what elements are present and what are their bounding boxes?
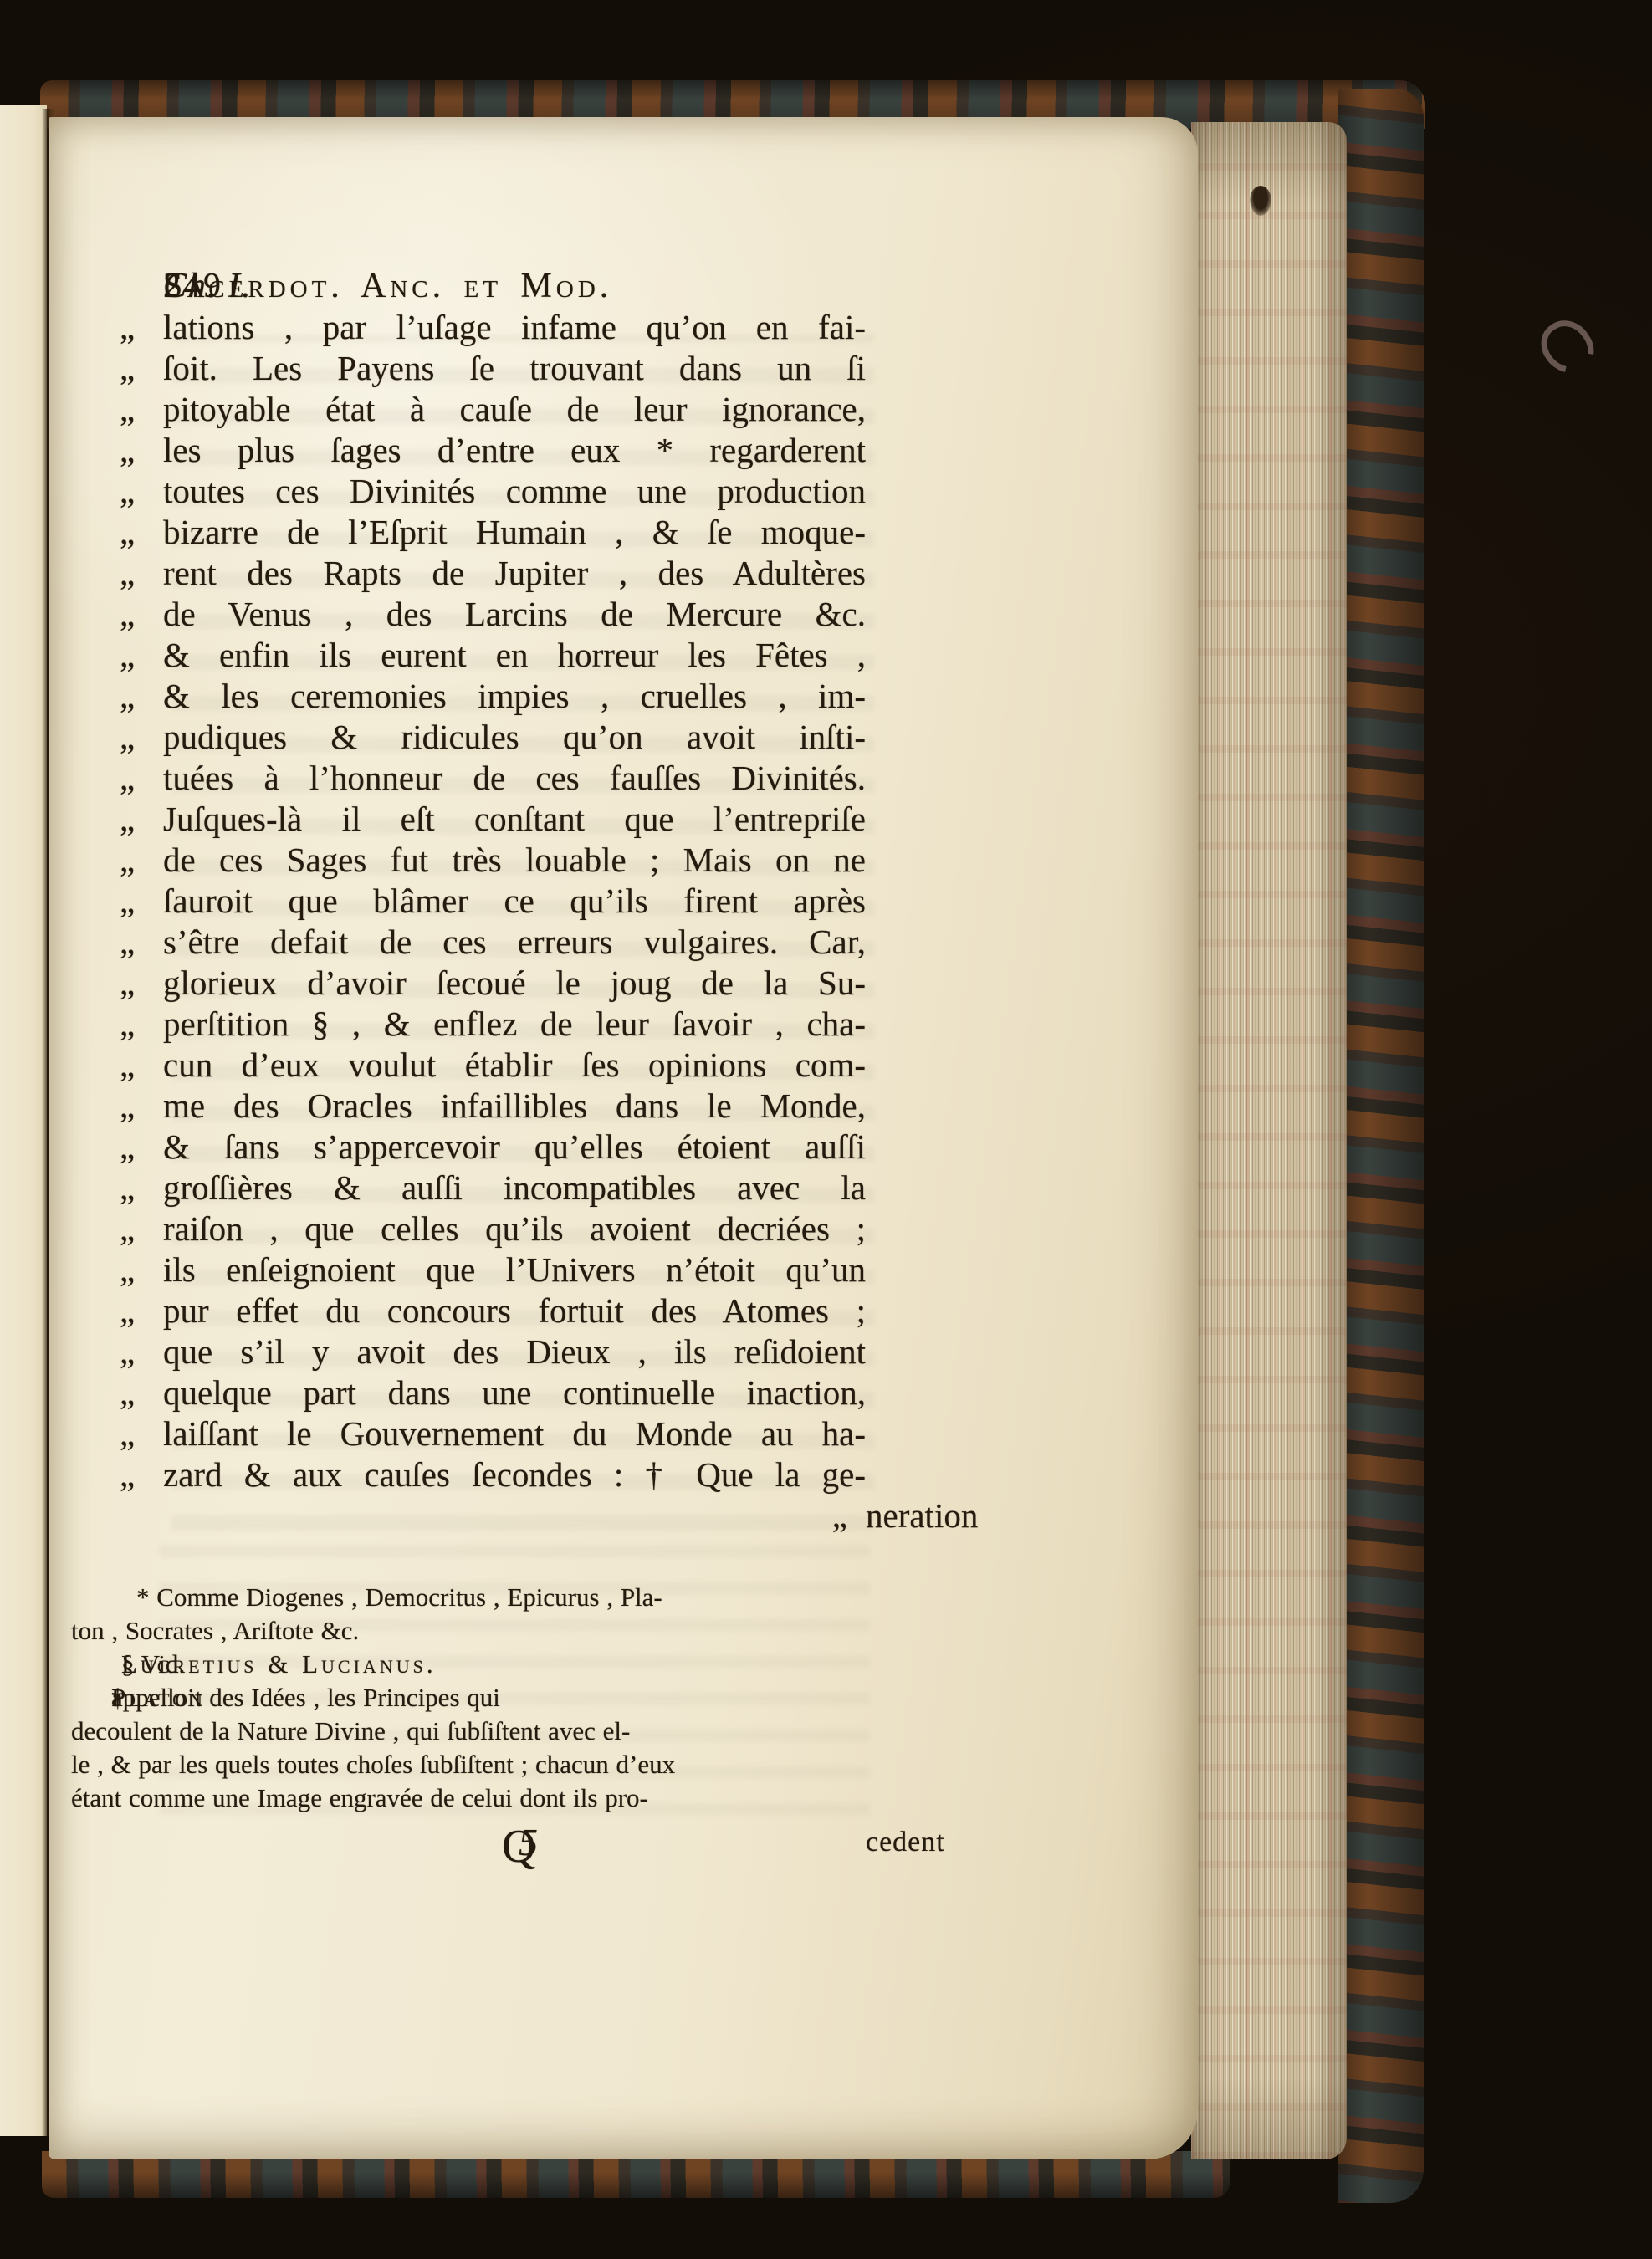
body-line: „ſauroit que blâmer ce qu’ils firent apr… bbox=[163, 881, 866, 922]
body-line: „que s’il y avoit des Dieux , ils reſido… bbox=[163, 1331, 866, 1372]
quote-mark: „ bbox=[120, 1290, 135, 1331]
quote-mark: „ bbox=[120, 1086, 135, 1126]
body-line: „de ces Sages fut très louable ; Mais on… bbox=[163, 840, 866, 881]
footnote-text: ton , Socrates , Ariſtote &c. bbox=[71, 1616, 359, 1646]
body-line: „zard & aux cauſes ſecondes : † Que la g… bbox=[163, 1454, 866, 1495]
body-line: „rent des Rapts de Jupiter , des Adultèr… bbox=[163, 553, 866, 594]
body-line: „& enfin ils eurent en horreur les Fêtes… bbox=[163, 635, 866, 676]
header-page-number: 249 bbox=[163, 266, 223, 306]
line-text: zard & aux cauſes ſecondes : † Que la ge… bbox=[163, 1454, 866, 1495]
line-text: ſauroit que blâmer ce qu’ils firent aprè… bbox=[163, 881, 866, 922]
line-text: lations , par l’uſage infame qu’on en fa… bbox=[163, 307, 866, 348]
footnote-text: le , & par les quels toutes choſes ſubſi… bbox=[71, 1750, 675, 1780]
ink-speck bbox=[1250, 186, 1271, 216]
line-text: rent des Rapts de Jupiter , des Adultère… bbox=[163, 553, 866, 594]
footnote-line: étant comme une Image engravée de celui … bbox=[71, 1783, 866, 1817]
quote-mark: „ bbox=[120, 1127, 135, 1167]
line-text: s’être defait de ces erreurs vulgaires. … bbox=[163, 922, 866, 963]
body-line: „toutes ces Divinités comme une producti… bbox=[163, 471, 866, 512]
footnote-line: le , & par les quels toutes choſes ſubſi… bbox=[71, 1750, 866, 1783]
quote-mark: „ bbox=[120, 922, 135, 962]
body-line: „de Venus , des Larcins de Mercure &c. bbox=[163, 594, 866, 635]
marbled-board-edge-right bbox=[1338, 89, 1424, 2203]
body-line: „glorieux d’avoir ſecoué le joug de la S… bbox=[163, 963, 866, 1004]
body-line: „les plus ſages d’entre eux * regarderen… bbox=[163, 430, 866, 471]
quote-mark: „ bbox=[120, 594, 135, 634]
body-line: „me des Oracles infaillibles dans le Mon… bbox=[163, 1086, 866, 1127]
quote-mark: „ bbox=[120, 348, 135, 388]
quote-mark: „ bbox=[120, 1004, 135, 1044]
body-line: „ſoit. Les Payens ſe trouvant dans un ſi bbox=[163, 348, 866, 389]
quote-mark: „ bbox=[120, 1045, 135, 1085]
quote-mark: „ bbox=[120, 430, 135, 470]
footnote-author-names: Lucretius & Lucianus. bbox=[121, 1649, 437, 1679]
line-text: Juſques-là il eſt conſtant que l’entrepr… bbox=[163, 799, 866, 840]
body-line: „laiſſant le Gouvernement du Monde au ha… bbox=[163, 1413, 866, 1454]
line-text: quelque part dans une continuelle inacti… bbox=[163, 1372, 866, 1413]
footnote-line: †Platonappelloit des Idées , les Princip… bbox=[71, 1683, 866, 1716]
quote-mark: „ bbox=[120, 512, 135, 552]
quote-mark: „ bbox=[120, 881, 135, 921]
line-text: perſtition § , & enflez de leur ſavoir ,… bbox=[163, 1004, 866, 1045]
footnote-text: decoulent de la Nature Divine , qui ſubſ… bbox=[71, 1716, 630, 1746]
line-text: glorieux d’avoir ſecoué le joug de la Su… bbox=[163, 963, 866, 1004]
body-line: „pur effet du concours fortuit des Atome… bbox=[163, 1290, 866, 1331]
quote-mark: „ bbox=[120, 676, 135, 716]
quote-mark: „ bbox=[832, 1496, 847, 1535]
quote-mark: „ bbox=[120, 307, 135, 347]
body-line: „raiſon , que celles qu’ils avoient decr… bbox=[163, 1209, 866, 1250]
body-line: „quelque part dans une continuelle inact… bbox=[163, 1372, 866, 1413]
line-text: toutes ces Divinités comme une productio… bbox=[163, 471, 866, 512]
quote-mark: „ bbox=[120, 1331, 135, 1372]
footnote-text: étant comme une Image engravée de celui … bbox=[71, 1783, 648, 1813]
body-line: „groſſières & auſſi incompatibles avec l… bbox=[163, 1168, 866, 1209]
line-text: pitoyable état à cauſe de leur ignorance… bbox=[163, 389, 866, 430]
facing-page-sliver bbox=[0, 105, 47, 2136]
line-text: ils enſeignoient que l’Univers n’étoit q… bbox=[163, 1250, 866, 1290]
line-text: laiſſant le Gouvernement du Monde au ha- bbox=[163, 1413, 866, 1454]
body-line: „tuées à l’honneur de ces fauſſes Divini… bbox=[163, 758, 866, 799]
line-text: que s’il y avoit des Dieux , ils reſidoi… bbox=[163, 1331, 866, 1372]
catchword-line: „neration bbox=[163, 1495, 866, 1536]
quote-mark: „ bbox=[120, 840, 135, 880]
line-text: pudiques & ridicules qu’on avoit inſti- bbox=[163, 717, 866, 758]
quote-mark: „ bbox=[120, 1168, 135, 1208]
catchword-line-text: neration bbox=[866, 1495, 978, 1536]
quote-mark: „ bbox=[120, 758, 135, 798]
quote-mark: „ bbox=[120, 963, 135, 1003]
line-text: & les ceremonies impies , cruelles , im- bbox=[163, 676, 866, 717]
line-text: les plus ſages d’entre eux * regarderent bbox=[163, 430, 866, 471]
footnote-text: * Comme Diogenes , Democritus , Epicurus… bbox=[136, 1582, 662, 1612]
quote-mark: „ bbox=[120, 635, 135, 675]
quote-mark: „ bbox=[120, 1209, 135, 1249]
line-text: groſſières & auſſi incompatibles avec la bbox=[163, 1168, 866, 1209]
body-line: „ils enſeignoient que l’Univers n’étoit … bbox=[163, 1250, 866, 1290]
running-header: Sacerdot. Anc. et Mod. Ch. I. 249 bbox=[163, 266, 867, 309]
line-text: & enfin ils eurent en horreur les Fêtes … bbox=[163, 635, 866, 676]
body-text: „lations , par l’uſage infame qu’on en f… bbox=[163, 307, 866, 1495]
body-line: „& ſans s’appercevoir qu’elles étoient a… bbox=[163, 1127, 866, 1168]
quote-mark: „ bbox=[120, 553, 135, 593]
quote-mark: „ bbox=[120, 1372, 135, 1413]
quote-mark: „ bbox=[120, 1250, 135, 1290]
body-line: „Juſques-là il eſt conſtant que l’entrep… bbox=[163, 799, 866, 840]
quote-mark: „ bbox=[120, 389, 135, 429]
photo-stage: Sacerdot. Anc. et Mod. Ch. I. 249 „latio… bbox=[0, 0, 1652, 2259]
line-text: bizarre de l’Eſprit Humain , & ſe moque- bbox=[163, 512, 866, 553]
line-text: tuées à l’honneur de ces fauſſes Divinit… bbox=[163, 758, 866, 799]
body-line: „pudiques & ridicules qu’on avoit inſti- bbox=[163, 717, 866, 758]
footnote-text: appelloit des Idées , les Principes qui bbox=[111, 1683, 500, 1713]
body-line: „& les ceremonies impies , cruelles , im… bbox=[163, 676, 866, 717]
body-line: „perſtition § , & enflez de leur ſavoir … bbox=[163, 1004, 866, 1045]
body-line: „s’être defait de ces erreurs vulgaires.… bbox=[163, 922, 866, 963]
fore-edge-page-stack bbox=[1191, 122, 1347, 2159]
line-text: de Venus , des Larcins de Mercure &c. bbox=[163, 594, 866, 635]
body-line: „lations , par l’uſage infame qu’on en f… bbox=[163, 307, 866, 348]
line-text: & ſans s’appercevoir qu’elles étoient au… bbox=[163, 1127, 866, 1168]
body-line: „bizarre de l’Eſprit Humain , & ſe moque… bbox=[163, 512, 866, 553]
quote-mark: „ bbox=[120, 1413, 135, 1454]
footnote-line: * Comme Diogenes , Democritus , Epicurus… bbox=[71, 1582, 866, 1616]
line-text: ſoit. Les Payens ſe trouvant dans un ſi bbox=[163, 348, 866, 389]
line-text: pur effet du concours fortuit des Atomes… bbox=[163, 1290, 866, 1331]
quote-mark: „ bbox=[120, 717, 135, 757]
footnote-line: decoulent de la Nature Divine , qui ſubſ… bbox=[71, 1716, 866, 1750]
footnote-line: ton , Socrates , Ariſtote &c. bbox=[71, 1616, 866, 1649]
line-text: cun d’eux voulut établir ſes opinions co… bbox=[163, 1045, 866, 1086]
line-text: me des Oracles infaillibles dans le Mond… bbox=[163, 1086, 866, 1127]
footnote-line: § Vid.Lucretius & Lucianus. bbox=[71, 1649, 866, 1683]
quote-mark: „ bbox=[120, 1454, 135, 1495]
quote-mark: „ bbox=[120, 799, 135, 839]
body-line: „pitoyable état à cauſe de leur ignoranc… bbox=[163, 389, 866, 430]
line-text: de ces Sages fut très louable ; Mais on … bbox=[163, 840, 866, 881]
line-text: raiſon , que celles qu’ils avoient decri… bbox=[163, 1209, 866, 1250]
footnotes: * Comme Diogenes , Democritus , Epicurus… bbox=[71, 1582, 866, 1817]
background-squiggle bbox=[1532, 310, 1603, 383]
quote-mark: „ bbox=[120, 471, 135, 511]
body-line: „cun d’eux voulut établir ſes opinions c… bbox=[163, 1045, 866, 1086]
signature-number: 5 bbox=[519, 1820, 538, 1864]
